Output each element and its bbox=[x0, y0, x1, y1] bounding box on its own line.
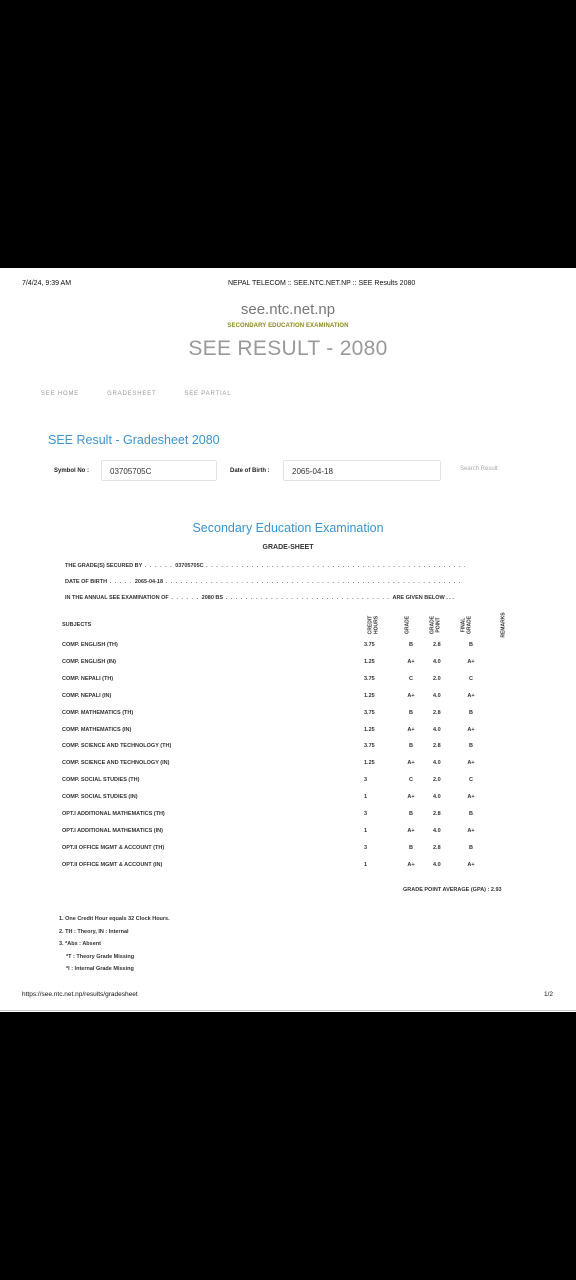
main-nav: SEE HOMEGRADESHEETSEE PARTIAL bbox=[41, 391, 259, 397]
cell-subject: OPT.I ADDITIONAL MATHEMATICS (IN) bbox=[62, 828, 163, 834]
cell-final-grade: A+ bbox=[465, 828, 477, 834]
cell-final-grade: A+ bbox=[465, 862, 477, 868]
table-row: OPT.I ADDITIONAL MATHEMATICS (TH)3B2.8B bbox=[0, 811, 576, 823]
cell-subject: COMP. ENGLISH (TH) bbox=[62, 642, 118, 648]
cell-final-grade: A+ bbox=[465, 693, 477, 699]
cell-credit-hours: 3.75 bbox=[364, 743, 375, 749]
cell-grade-point: 4.0 bbox=[433, 794, 441, 800]
page-divider bbox=[0, 1010, 576, 1011]
col-final-grade-label: FINAL GRADE bbox=[462, 613, 473, 637]
col-subjects: SUBJECTS bbox=[62, 622, 91, 628]
dob-label: Date of Birth : bbox=[230, 468, 270, 474]
print-datetime: 7/4/24, 9:39 AM bbox=[22, 280, 71, 287]
cell-final-grade: A+ bbox=[465, 760, 477, 766]
exam-line-value: 2080 BS bbox=[202, 595, 223, 601]
nav-gradesheet[interactable]: GRADESHEET bbox=[107, 391, 156, 397]
cell-grade: A+ bbox=[405, 862, 417, 868]
cell-grade: A+ bbox=[405, 828, 417, 834]
cell-grade-point: 4.0 bbox=[433, 862, 441, 868]
secured-by-value: 03705705C bbox=[175, 563, 203, 569]
col-grade-point: GRADE POINT bbox=[429, 609, 443, 641]
site-subtitle: SECONDARY EDUCATION EXAMINATION bbox=[0, 323, 576, 329]
cell-credit-hours: 1 bbox=[364, 862, 367, 868]
cell-final-grade: A+ bbox=[465, 794, 477, 800]
symbol-label: Symbol No : bbox=[54, 468, 89, 474]
search-result-button[interactable]: Search Result bbox=[460, 466, 498, 472]
col-remarks: REMARKS bbox=[497, 609, 511, 641]
cell-final-grade: A+ bbox=[465, 659, 477, 665]
site-heading: SEE RESULT - 2080 bbox=[0, 337, 576, 361]
cell-grade-point: 4.0 bbox=[433, 727, 441, 733]
table-row: OPT.II OFFICE MGMT & ACCOUNT (TH)3B2.8B bbox=[0, 845, 576, 857]
cell-subject: COMP. SOCIAL STUDIES (TH) bbox=[62, 777, 139, 783]
cell-grade: C bbox=[405, 777, 417, 783]
col-credit-hours-label: CREDIT HOURS bbox=[369, 611, 380, 639]
cell-subject: OPT.II OFFICE MGMT & ACCOUNT (TH) bbox=[62, 845, 164, 851]
table-row: COMP. ENGLISH (IN)1.25A+4.0A+ bbox=[0, 659, 576, 671]
cell-grade: B bbox=[405, 710, 417, 716]
gradesheet-title: GRADE-SHEET bbox=[0, 544, 576, 551]
cell-grade-point: 2.8 bbox=[433, 710, 441, 716]
cell-subject: COMP. NEPALI (TH) bbox=[62, 676, 113, 682]
note-3: 3. *Abs : Absent bbox=[59, 938, 170, 951]
print-page-number: 1/2 bbox=[544, 991, 553, 998]
cell-credit-hours: 1.25 bbox=[364, 727, 375, 733]
table-row: COMP. MATHEMATICS (TH)3.75B2.8B bbox=[0, 710, 576, 722]
cell-subject: COMP. SOCIAL STUDIES (IN) bbox=[62, 794, 138, 800]
nav-see-partial[interactable]: SEE PARTIAL bbox=[184, 391, 231, 397]
cell-credit-hours: 3 bbox=[364, 777, 367, 783]
col-final-grade: FINAL GRADE bbox=[460, 609, 474, 641]
cell-subject: COMP. NEPALI (IN) bbox=[62, 693, 111, 699]
search-form: Symbol No : 03705705C Date of Birth : 20… bbox=[0, 460, 576, 482]
cell-credit-hours: 3.75 bbox=[364, 642, 375, 648]
cell-credit-hours: 1.25 bbox=[364, 659, 375, 665]
notes: 1. One Credit Hour equals 32 Clock Hours… bbox=[59, 913, 170, 976]
cell-final-grade: B bbox=[465, 811, 477, 817]
cell-subject: OPT.I ADDITIONAL MATHEMATICS (TH) bbox=[62, 811, 165, 817]
cell-final-grade: B bbox=[465, 845, 477, 851]
print-title: NEPAL TELECOM :: SEE.NTC.NET.NP :: SEE R… bbox=[228, 280, 415, 287]
cell-credit-hours: 3.75 bbox=[364, 676, 375, 682]
col-remarks-label: REMARKS bbox=[501, 612, 507, 637]
dob-line: DATE OF BIRTH . . . . . 2065-04-18 . . .… bbox=[65, 579, 461, 585]
cell-grade: A+ bbox=[405, 794, 417, 800]
cell-credit-hours: 3.75 bbox=[364, 710, 375, 716]
col-grade-label: GRADE bbox=[405, 616, 411, 634]
cell-final-grade: B bbox=[465, 642, 477, 648]
cell-grade-point: 2.8 bbox=[433, 845, 441, 851]
note-theory-missing: *T : Theory Grade Missing bbox=[59, 951, 170, 964]
cell-final-grade: C bbox=[465, 777, 477, 783]
exam-line-label: IN THE ANNUAL SEE EXAMINATION OF bbox=[65, 595, 169, 601]
cell-grade: A+ bbox=[405, 693, 417, 699]
table-row: COMP. SOCIAL STUDIES (IN)1A+4.0A+ bbox=[0, 794, 576, 806]
secured-by-line: THE GRADE(S) SECURED BY . . . . . . 0370… bbox=[65, 563, 465, 569]
cell-credit-hours: 1.25 bbox=[364, 693, 375, 699]
exam-title: Secondary Education Examination bbox=[0, 521, 576, 535]
cell-grade-point: 2.0 bbox=[433, 777, 441, 783]
cell-subject: OPT.II OFFICE MGMT & ACCOUNT (IN) bbox=[62, 862, 162, 868]
col-credit-hours: CREDIT HOURS bbox=[367, 609, 381, 641]
cell-credit-hours: 1.25 bbox=[364, 760, 375, 766]
table-row: COMP. NEPALI (TH)3.75C2.0C bbox=[0, 676, 576, 688]
dob-line-label: DATE OF BIRTH bbox=[65, 579, 107, 585]
cell-grade: B bbox=[405, 743, 417, 749]
cell-grade-point: 4.0 bbox=[433, 760, 441, 766]
cell-grade-point: 2.8 bbox=[433, 743, 441, 749]
dob-line-value: 2065-04-18 bbox=[135, 579, 163, 585]
cell-subject: COMP. MATHEMATICS (IN) bbox=[62, 727, 131, 733]
section-title: SEE Result - Gradesheet 2080 bbox=[48, 433, 220, 447]
cell-grade-point: 2.8 bbox=[433, 811, 441, 817]
table-row: COMP. ENGLISH (TH)3.75B2.8B bbox=[0, 642, 576, 654]
cell-grade-point: 4.0 bbox=[433, 659, 441, 665]
cell-grade: C bbox=[405, 676, 417, 682]
table-row: COMP. SCIENCE AND TECHNOLOGY (TH)3.75B2.… bbox=[0, 743, 576, 755]
table-row: OPT.II OFFICE MGMT & ACCOUNT (IN)1A+4.0A… bbox=[0, 862, 576, 874]
col-grade: GRADE bbox=[401, 609, 415, 641]
cell-credit-hours: 3 bbox=[364, 811, 367, 817]
cell-grade-point: 4.0 bbox=[433, 693, 441, 699]
print-url: https://see.ntc.net.np/results/gradeshee… bbox=[22, 991, 138, 998]
table-row: COMP. SCIENCE AND TECHNOLOGY (IN)1.25A+4… bbox=[0, 760, 576, 772]
table-row: COMP. SOCIAL STUDIES (TH)3C2.0C bbox=[0, 777, 576, 789]
cell-grade: B bbox=[405, 642, 417, 648]
cell-grade-point: 4.0 bbox=[433, 828, 441, 834]
note-1: 1. One Credit Hour equals 32 Clock Hours… bbox=[59, 913, 170, 926]
cell-credit-hours: 1 bbox=[364, 794, 367, 800]
cell-final-grade: C bbox=[465, 676, 477, 682]
nav-see-home[interactable]: SEE HOME bbox=[41, 391, 79, 397]
cell-final-grade: B bbox=[465, 743, 477, 749]
col-grade-point-label: GRADE POINT bbox=[431, 613, 442, 637]
cell-grade: A+ bbox=[405, 760, 417, 766]
gpa-summary: GRADE POINT AVERAGE (GPA) : 2.93 bbox=[403, 887, 502, 893]
exam-line: IN THE ANNUAL SEE EXAMINATION OF . . . .… bbox=[65, 595, 465, 601]
cell-final-grade: A+ bbox=[465, 727, 477, 733]
cell-final-grade: B bbox=[465, 710, 477, 716]
secured-by-label: THE GRADE(S) SECURED BY bbox=[65, 563, 142, 569]
table-row: COMP. MATHEMATICS (IN)1.25A+4.0A+ bbox=[0, 727, 576, 739]
cell-subject: COMP. SCIENCE AND TECHNOLOGY (IN) bbox=[62, 760, 169, 766]
cell-grade-point: 2.8 bbox=[433, 642, 441, 648]
cell-subject: COMP. MATHEMATICS (TH) bbox=[62, 710, 133, 716]
cell-grade-point: 2.0 bbox=[433, 676, 441, 682]
cell-credit-hours: 3 bbox=[364, 845, 367, 851]
note-internal-missing: *I : Internal Grade Missing bbox=[59, 963, 170, 976]
table-row: COMP. NEPALI (IN)1.25A+4.0A+ bbox=[0, 693, 576, 705]
site-logo-text[interactable]: see.ntc.net.np bbox=[0, 301, 576, 318]
cell-credit-hours: 1 bbox=[364, 828, 367, 834]
cell-grade: B bbox=[405, 811, 417, 817]
table-row: OPT.I ADDITIONAL MATHEMATICS (IN)1A+4.0A… bbox=[0, 828, 576, 840]
given-below-text: ARE GIVEN BELOW . . . bbox=[392, 595, 453, 601]
cell-subject: COMP. SCIENCE AND TECHNOLOGY (TH) bbox=[62, 743, 171, 749]
dob-input[interactable]: 2065-04-18 bbox=[283, 460, 441, 481]
cell-grade: A+ bbox=[405, 727, 417, 733]
cell-grade: B bbox=[405, 845, 417, 851]
symbol-input[interactable]: 03705705C bbox=[101, 460, 217, 481]
cell-subject: COMP. ENGLISH (IN) bbox=[62, 659, 116, 665]
printed-page: 7/4/24, 9:39 AM NEPAL TELECOM :: SEE.NTC… bbox=[0, 268, 576, 1012]
note-2: 2. TH : Theory, IN : Internal bbox=[59, 926, 170, 939]
cell-grade: A+ bbox=[405, 659, 417, 665]
